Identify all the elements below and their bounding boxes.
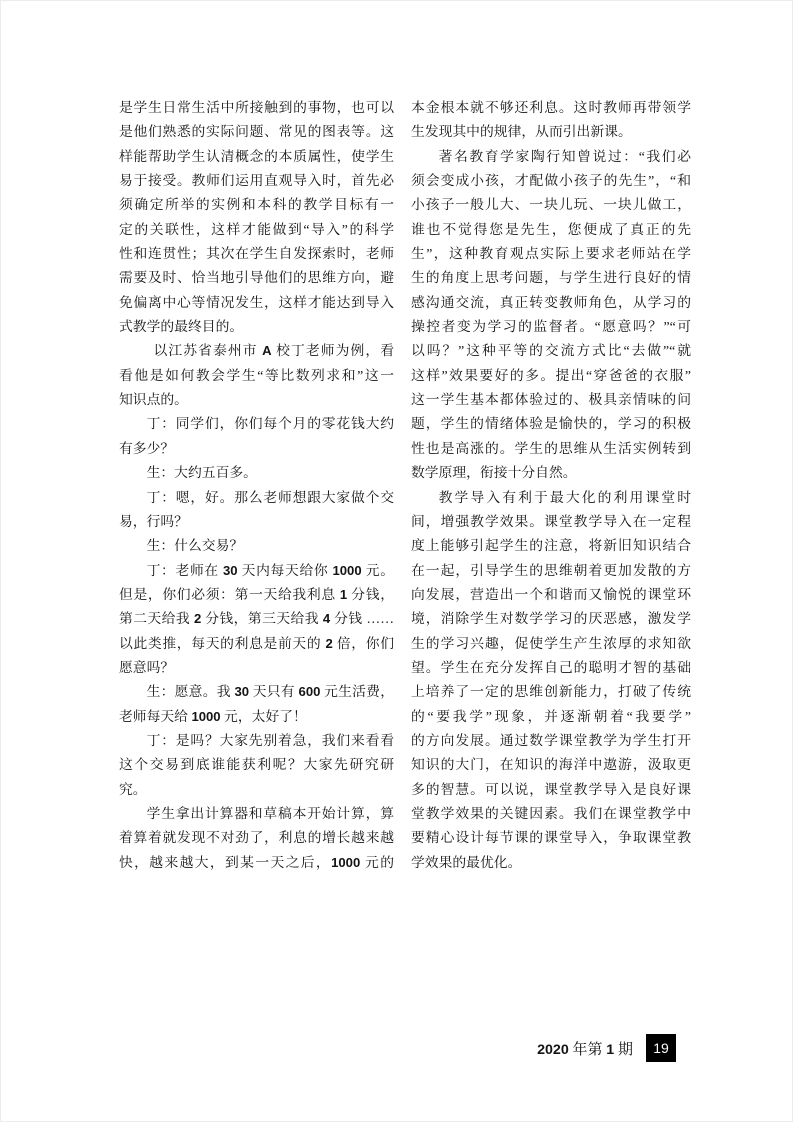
text-line: 学效果的最优化。 xyxy=(411,851,691,875)
text-line: 生：什么交易？ xyxy=(119,534,394,558)
text-line: 小孩子一般儿大、一块儿玩、一块儿做工， xyxy=(411,193,691,217)
text-line: 是他们熟悉的实际问题、常见的图表等。这 xyxy=(119,120,394,144)
text-line: 第二天给我 2 分钱，第三天给我 4 分钱 …… xyxy=(119,607,394,631)
text-line: 但是，你们必须：第一天给我利息 1 分钱， xyxy=(119,583,394,607)
text-line: 需要及时、恰当地引导他们的思维方向，避 xyxy=(119,266,394,290)
text-line: 生的学习兴趣，促使学生产生浓厚的求知欲 xyxy=(411,632,691,656)
text-line: 上培养了一定的思维创新能力，打破了传统 xyxy=(411,680,691,704)
text-line: 堂教学效果的关键因素。我们在课堂教学中 xyxy=(411,802,691,826)
text-line: 以江苏省泰州市 A 校丁老师为例，看 xyxy=(119,339,394,363)
text-line: 看他是如何教会学生“等比数列求和”这一 xyxy=(119,364,394,388)
text-line: 度上能够引起学生的注意，将新旧知识结合 xyxy=(411,534,691,558)
text-line: 在一起，引导学生的思维朝着更加发散的方 xyxy=(411,559,691,583)
text-line: 以此类推，每天的利息是前天的 2 倍，你们 xyxy=(119,632,394,656)
text-line: 愿意吗？ xyxy=(119,656,394,680)
text-line: 操控者变为学习的监督者。“愿意吗？”“可 xyxy=(411,315,691,339)
text-line: 以吗？”这种平等的交流方式比“去做”“就 xyxy=(411,339,691,363)
text-line: 学生拿出计算器和草稿本开始计算，算 xyxy=(119,802,394,826)
text-line: 性和连贯性；其次在学生自发探索时，老师 xyxy=(119,242,394,266)
text-line: 式教学的最终目的。 xyxy=(119,315,394,339)
text-line: 向发展，营造出一个和谐而又愉悦的课堂环 xyxy=(411,583,691,607)
text-line: 免偏离中心等情况发生，这样才能达到导入 xyxy=(119,291,394,315)
text-line: 易，行吗？ xyxy=(119,510,394,534)
text-line: 生的角度上思考问题，与学生进行良好的情 xyxy=(411,266,691,290)
page-number-badge: 19 xyxy=(646,1034,676,1062)
text-line: 丁：同学们，你们每个月的零花钱大约 xyxy=(119,412,394,436)
journal-footer: 2020 年第 1 期 19 xyxy=(537,1034,676,1062)
text-line: 望。学生在充分发挥自己的聪明才智的基础 xyxy=(411,656,691,680)
text-line: 题，学生的情绪体验是愉快的，学习的积极 xyxy=(411,412,691,436)
text-line: 须会变成小孩，才配做小孩子的先生”，“和 xyxy=(411,169,691,193)
text-line: 这样”效果要好的多。提出“穿爸爸的衣服” xyxy=(411,364,691,388)
text-line: 间，增强教学效果。课堂教学导入在一定程 xyxy=(411,510,691,534)
text-line: 样能帮助学生认清概念的本质属性，使学生 xyxy=(119,145,394,169)
text-line: 知识的大门，在知识的海洋中遨游，汲取更 xyxy=(411,753,691,777)
text-line: 境，消除学生对数学学习的厌恶感，激发学 xyxy=(411,607,691,631)
text-line: 生：大约五百多。 xyxy=(119,461,394,485)
text-line: 的“要我学”现象，并逐渐朝着“我要学” xyxy=(411,705,691,729)
text-line: 教学导入有利于最大化的利用课堂时 xyxy=(411,486,691,510)
text-line: 感沟通交流，真正转变教师角色，从学习的 xyxy=(411,291,691,315)
text-line: 老师每天给 1000 元，太好了！ xyxy=(119,705,394,729)
text-line: 性也是高涨的。学生的思维从生活实例转到 xyxy=(411,437,691,461)
text-line: 生发现其中的规律，从而引出新课。 xyxy=(411,120,691,144)
text-line: 知识点的。 xyxy=(119,388,394,412)
text-line: 的方向发展。通过数学课堂教学为学生打开 xyxy=(411,729,691,753)
text-line: 须确定所举的实例和本科的教学目标有一 xyxy=(119,193,394,217)
page-number: 19 xyxy=(653,1040,669,1056)
text-line: 多的智慧。可以说，课堂教学导入是良好课 xyxy=(411,778,691,802)
text-line: 究。 xyxy=(119,778,394,802)
issue-label: 2020 年第 1 期 xyxy=(537,1038,633,1059)
text-line: 这一学生基本都体验过的、极具亲情味的问 xyxy=(411,388,691,412)
text-line: 丁：老师在 30 天内每天给你 1000 元。 xyxy=(119,559,394,583)
text-line: 丁：是吗？大家先别着急，我们来看看 xyxy=(119,729,394,753)
left-column: 是学生日常生活中所接触到的事物，也可以是他们熟悉的实际问题、常见的图表等。这样能… xyxy=(119,96,394,875)
text-line: 这个交易到底谁能获利呢？大家先研究研 xyxy=(119,753,394,777)
text-line: 谁也不觉得您是先生，您便成了真正的先 xyxy=(411,218,691,242)
text-line: 定的关联性，这样才能做到“导入”的科学 xyxy=(119,218,394,242)
text-line: 是学生日常生活中所接触到的事物，也可以 xyxy=(119,96,394,120)
text-line: 生：愿意。我 30 天只有 600 元生活费， xyxy=(119,680,394,704)
text-line: 要精心设计每节课的课堂导入，争取课堂教 xyxy=(411,826,691,850)
text-line: 丁：嗯，好。那么老师想跟大家做个交 xyxy=(119,486,394,510)
text-line: 数学原理，衔接十分自然。 xyxy=(411,461,691,485)
text-line: 生”，这种教育观点实际上要求老师站在学 xyxy=(411,242,691,266)
text-line: 快，越来越大，到某一天之后，1000 元的 xyxy=(119,851,394,875)
text-line: 著名教育学家陶行知曾说过：“我们必 xyxy=(411,145,691,169)
text-line: 本金根本就不够还利息。这时教师再带领学 xyxy=(411,96,691,120)
text-line: 着算着就发现不对劲了，利息的增长越来越 xyxy=(119,826,394,850)
text-line: 易于接受。教师们运用直观导入时，首先必 xyxy=(119,169,394,193)
journal-page: 是学生日常生活中所接触到的事物，也可以是他们熟悉的实际问题、常见的图表等。这样能… xyxy=(0,0,793,1122)
text-line: 有多少？ xyxy=(119,437,394,461)
right-column: 本金根本就不够还利息。这时教师再带领学生发现其中的规律，从而引出新课。著名教育学… xyxy=(411,96,691,875)
